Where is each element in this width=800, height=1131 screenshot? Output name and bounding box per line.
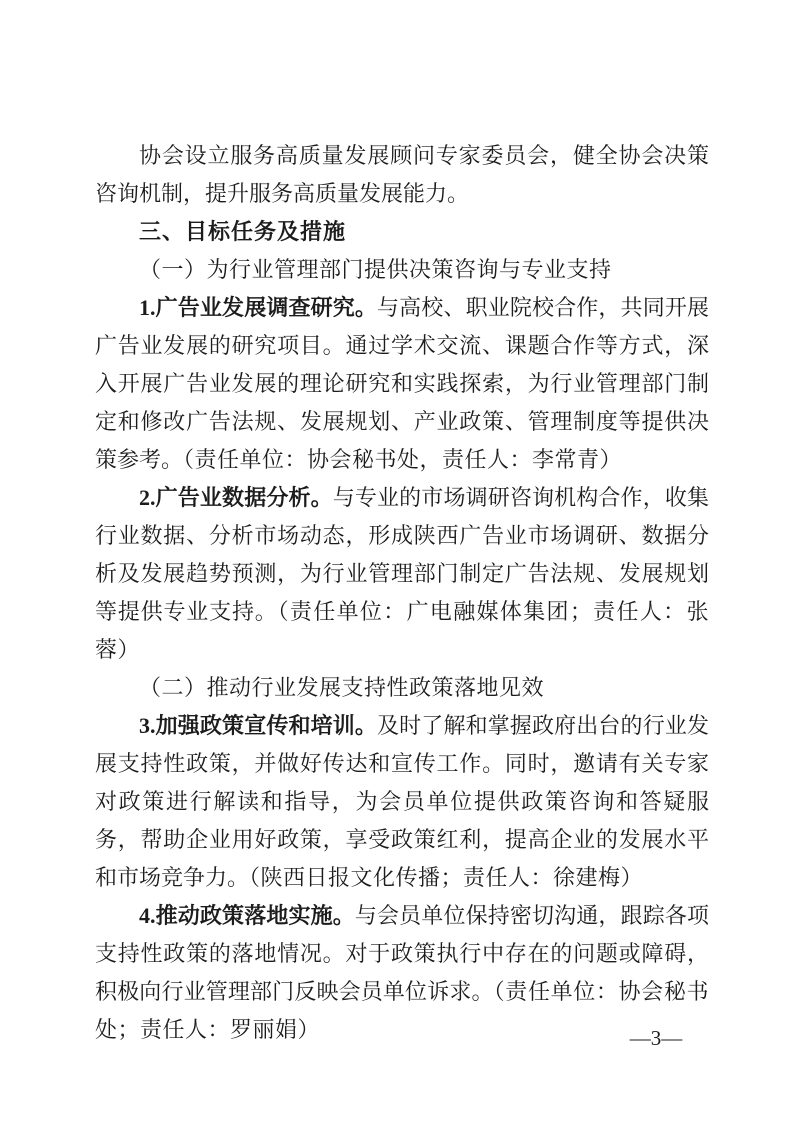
subsection-1-heading: （一）为行业管理部门提供决策咨询与专业支持 — [95, 251, 709, 289]
section-heading: 三、目标任务及措施 — [95, 213, 709, 251]
paragraph-item-3: 3.加强政策宣传和培训。及时了解和掌握政府出台的行业发展支持性政策，并做好传达和… — [95, 707, 709, 897]
document-content: 协会设立服务高质量发展顾问专家委员会，健全协会决策咨询机制，提升服务高质量发展能… — [95, 137, 709, 1049]
paragraph-intro: 协会设立服务高质量发展顾问专家委员会，健全协会决策咨询机制，提升服务高质量发展能… — [95, 137, 709, 213]
item-2-title: 2.广告业数据分析。 — [139, 485, 333, 510]
paragraph-item-4: 4.推动政策落地实施。与会员单位保持密切沟通，跟踪各项支持性政策的落地情况。对于… — [95, 897, 709, 1049]
paragraph-item-2: 2.广告业数据分析。与专业的市场调研咨询机构合作，收集行业数据、分析市场动态，形… — [95, 479, 709, 669]
item-1-responsibility-note: （责任单位：协会秘书处，责任人：李常青） — [183, 447, 622, 472]
paragraph-item-1: 1.广告业发展调查研究。与高校、职业院校合作，共同开展广告业发展的研究项目。通过… — [95, 289, 709, 479]
item-3-body: 及时了解和掌握政府出台的行业发展支持性政策，并做好传达和宣传工作。同时，邀请有关… — [95, 713, 709, 890]
page-number: —3— — [620, 1025, 692, 1051]
subsection-2-heading: （二）推动行业发展支持性政策落地见效 — [95, 669, 709, 707]
item-3-responsibility-note: （陕西日报文化传播；责任人：徐建梅） — [249, 865, 643, 890]
item-1-title: 1.广告业发展调查研究。 — [139, 295, 377, 320]
item-4-title: 4.推动政策落地实施。 — [139, 903, 355, 928]
document-page: 协会设立服务高质量发展顾问专家委员会，健全协会决策咨询机制，提升服务高质量发展能… — [0, 0, 800, 1131]
item-3-title: 3.加强政策宣传和培训。 — [139, 713, 377, 738]
item-1-body: 与高校、职业院校合作，共同开展广告业发展的研究项目。通过学术交流、课题合作等方式… — [95, 295, 709, 472]
